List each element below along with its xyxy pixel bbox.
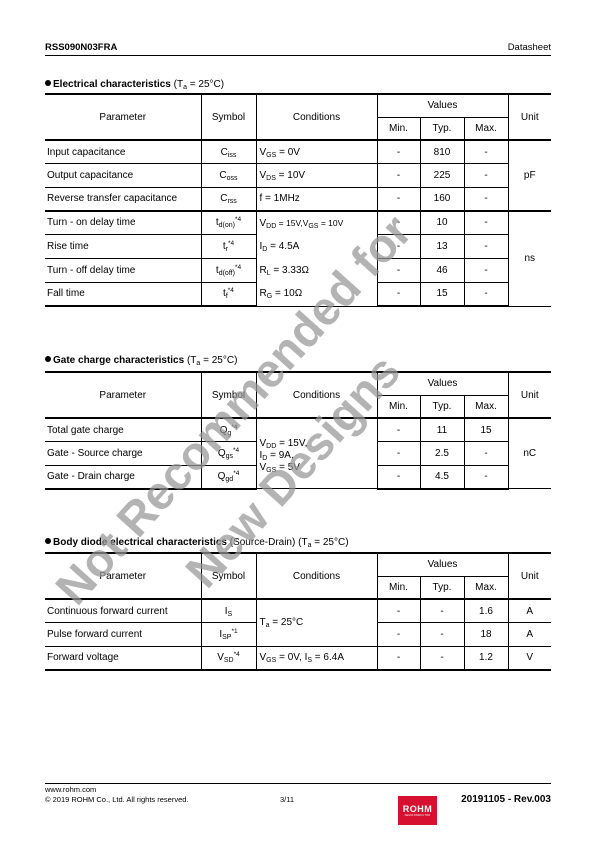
header-conditions: Conditions [256, 372, 377, 418]
body-diode-table: Parameter Symbol Conditions Values Unit … [45, 552, 551, 671]
header-unit: Unit [508, 372, 551, 418]
electrical-characteristics-table: Parameter Symbol Conditions Values Unit … [45, 93, 551, 307]
table-row: Reverse transfer capacitance Crss f = 1M… [45, 187, 551, 211]
header-symbol: Symbol [201, 553, 256, 599]
table-row: Turn - on delay time td(on)*4 VDD = 15V,… [45, 211, 551, 235]
section-title-electrical: Electrical characteristics (Ta = 25°C) [45, 79, 224, 90]
header-unit: Unit [508, 94, 551, 140]
header-symbol: Symbol [201, 372, 256, 418]
document-type: Datasheet [508, 42, 551, 53]
bullet-icon [45, 538, 51, 544]
unit-cell: ns [508, 211, 551, 307]
section-title-gate-charge: Gate charge characteristics (Ta = 25°C) [45, 355, 237, 366]
table-row: Output capacitance Coss VDS = 10V - 225 … [45, 164, 551, 188]
unit-cell: nC [508, 418, 551, 489]
header-max: Max. [464, 576, 508, 599]
footer-divider [45, 783, 551, 784]
header-conditions: Conditions [256, 94, 377, 140]
part-number: RSS090N03FRA [45, 42, 117, 53]
header-typ: Typ. [420, 395, 464, 418]
footer-url[interactable]: www.rohm.com [45, 785, 96, 794]
header-values: Values [377, 553, 508, 576]
bullet-icon [45, 80, 51, 86]
header-unit: Unit [508, 553, 551, 599]
unit-cell: pF [508, 140, 551, 211]
section-title-body-diode: Body diode electrical characteristics (S… [45, 537, 349, 548]
header-min: Min. [377, 395, 420, 418]
header-values: Values [377, 94, 508, 117]
table-row: Continuous forward current IS Ta = 25°C … [45, 599, 551, 623]
bullet-icon [45, 356, 51, 362]
gate-charge-table: Parameter Symbol Conditions Values Unit … [45, 371, 551, 490]
header-max: Max. [464, 395, 508, 418]
body-diode-shared-condition: Ta = 25°C [256, 599, 377, 646]
header-typ: Typ. [420, 117, 464, 140]
header-values: Values [377, 372, 508, 395]
table-row: Input capacitance Ciss VGS = 0V - 810 - … [45, 140, 551, 164]
header-parameter: Parameter [45, 553, 201, 599]
table-row: Total gate charge Qg*4 VDD = 15V, ID = 9… [45, 418, 551, 442]
header-divider [45, 55, 551, 56]
header-symbol: Symbol [201, 94, 256, 140]
switching-conditions: VDD = 15V,VGS = 10V ID = 4.5A RL = 3.33Ω… [256, 211, 377, 307]
page-number: 3/11 [280, 795, 294, 804]
header-max: Max. [464, 117, 508, 140]
header-typ: Typ. [420, 576, 464, 599]
revision: 20191105 - Rev.003 [461, 794, 551, 805]
rohm-logo: ROHM SEMICONDUCTOR [398, 796, 437, 825]
header-parameter: Parameter [45, 94, 201, 140]
page-header: RSS090N03FRA Datasheet [45, 42, 551, 55]
header-conditions: Conditions [256, 553, 377, 599]
table-row: Forward voltage VSD*4 VGS = 0V, IS = 6.4… [45, 646, 551, 670]
header-min: Min. [377, 576, 420, 599]
header-min: Min. [377, 117, 420, 140]
footer-copyright: © 2019 ROHM Co., Ltd. All rights reserve… [45, 795, 189, 804]
header-parameter: Parameter [45, 372, 201, 418]
gate-charge-conditions: VDD = 15V, ID = 9A, VGS = 5V [256, 418, 377, 489]
